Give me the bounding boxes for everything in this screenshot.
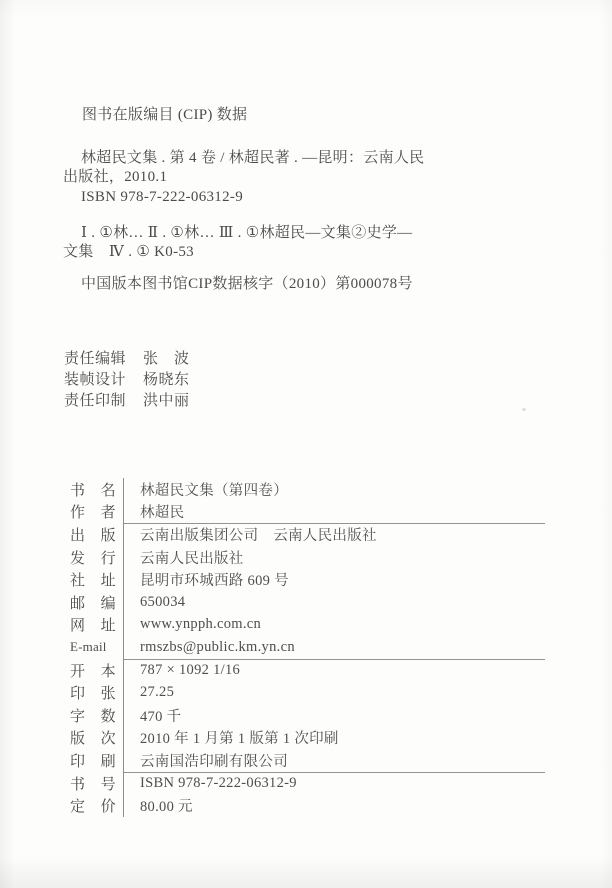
staff-role: 装帧设计 [64,368,126,389]
row-label: 作 者 [63,501,123,522]
row-label: E-mail [63,639,123,655]
row-label: 社 址 [63,569,123,590]
row-value: 787 × 1092 1/16 [123,659,545,682]
row-value: 80.00 元 [123,794,545,817]
cip-entry-line1: 林超民文集 . 第 4 卷 / 林超民著 . —昆明：云南人民 [81,149,424,168]
staff-name: 张 波 [143,347,190,368]
row-value: 昆明市环城西路 609 号 [123,568,545,591]
table-row-distributor: 发 行 云南人民出版社 [63,546,545,569]
row-value: 林超民文集（第四卷） [123,478,545,501]
staff-name: 洪中丽 [143,389,190,410]
row-label: 网 址 [63,614,123,635]
row-label: 开 本 [63,660,123,681]
row-value: 27.25 [123,681,545,704]
cip-record-number: 中国版本图书馆CIP数据核字（2010）第000078号 [81,275,413,294]
table-row-email: E-mail rmszbs@public.km.yn.cn [63,636,545,659]
staff-row-editor: 责任编辑 张 波 [64,347,190,368]
table-row-isbn: 书 号 ISBN 978-7-222-06312-9 [63,772,545,795]
cip-entry-line2: 出版社，2010.1 [63,168,167,187]
table-row-format: 开 本 787 × 1092 1/16 [63,659,545,682]
table-row-website: 网 址 www.ynpph.com.cn [63,614,545,637]
row-value: 云南出版集团公司 云南人民出版社 [123,523,545,546]
row-label: 发 行 [63,547,123,568]
row-label: 印 刷 [63,750,123,771]
row-label: 定 价 [63,795,123,816]
table-row-publisher: 出 版 云南出版集团公司 云南人民出版社 [63,523,545,546]
row-value: rmszbs@public.km.yn.cn [123,636,545,659]
row-value: 云南国浩印刷有限公司 [123,749,545,772]
row-label: 版 次 [63,727,123,748]
staff-row-print-supervisor: 责任印制 洪中丽 [64,389,190,410]
staff-row-designer: 装帧设计 杨晓东 [64,368,190,389]
table-row-postcode: 邮 编 650034 [63,591,545,614]
row-label: 印 张 [63,682,123,703]
row-value: ISBN 978-7-222-06312-9 [123,772,545,795]
scan-speck [522,408,526,411]
row-label: 邮 编 [63,592,123,613]
row-value: 云南人民出版社 [123,546,545,569]
row-value: 林超民 [123,501,545,524]
table-row-sheets: 印 张 27.25 [63,681,545,704]
row-label: 书 名 [63,479,123,500]
colophon-table: 书 名 林超民文集（第四卷） 作 者 林超民 出 版 云南出版集团公司 云南人民… [63,478,545,817]
book-copyright-page: 图书在版编目 (CIP) 数据 林超民文集 . 第 4 卷 / 林超民著 . —… [0,0,612,888]
row-value: 650034 [123,591,545,614]
table-row-price: 定 价 80.00 元 [63,794,545,817]
staff-credits: 责任编辑 张 波 装帧设计 杨晓东 责任印制 洪中丽 [64,347,190,410]
table-row-author: 作 者 林超民 [63,501,545,524]
table-row-edition: 版 次 2010 年 1 月第 1 版第 1 次印刷 [63,727,545,750]
table-row-wordcount: 字 数 470 千 [63,704,545,727]
cip-isbn-line: ISBN 978-7-222-06312-9 [81,188,243,207]
cip-classification-line1: Ⅰ . ①林… Ⅱ . ①林… Ⅲ . ①林超民—文集②史学— [81,224,412,243]
cip-classification-line2: 文集 Ⅳ . ① K0-53 [63,243,194,262]
staff-role: 责任印制 [64,389,126,410]
row-value: www.ynpph.com.cn [123,614,545,637]
table-row-address: 社 址 昆明市环城西路 609 号 [63,568,545,591]
staff-name: 杨晓东 [143,368,190,389]
row-value: 470 千 [123,704,545,727]
row-value: 2010 年 1 月第 1 版第 1 次印刷 [123,727,545,750]
table-row-title: 书 名 林超民文集（第四卷） [63,478,545,501]
row-label: 书 号 [63,773,123,794]
row-label: 字 数 [63,705,123,726]
cip-heading: 图书在版编目 (CIP) 数据 [82,106,247,125]
table-row-printer: 印 刷 云南国浩印刷有限公司 [63,749,545,772]
staff-role: 责任编辑 [64,347,126,368]
row-label: 出 版 [63,524,123,545]
